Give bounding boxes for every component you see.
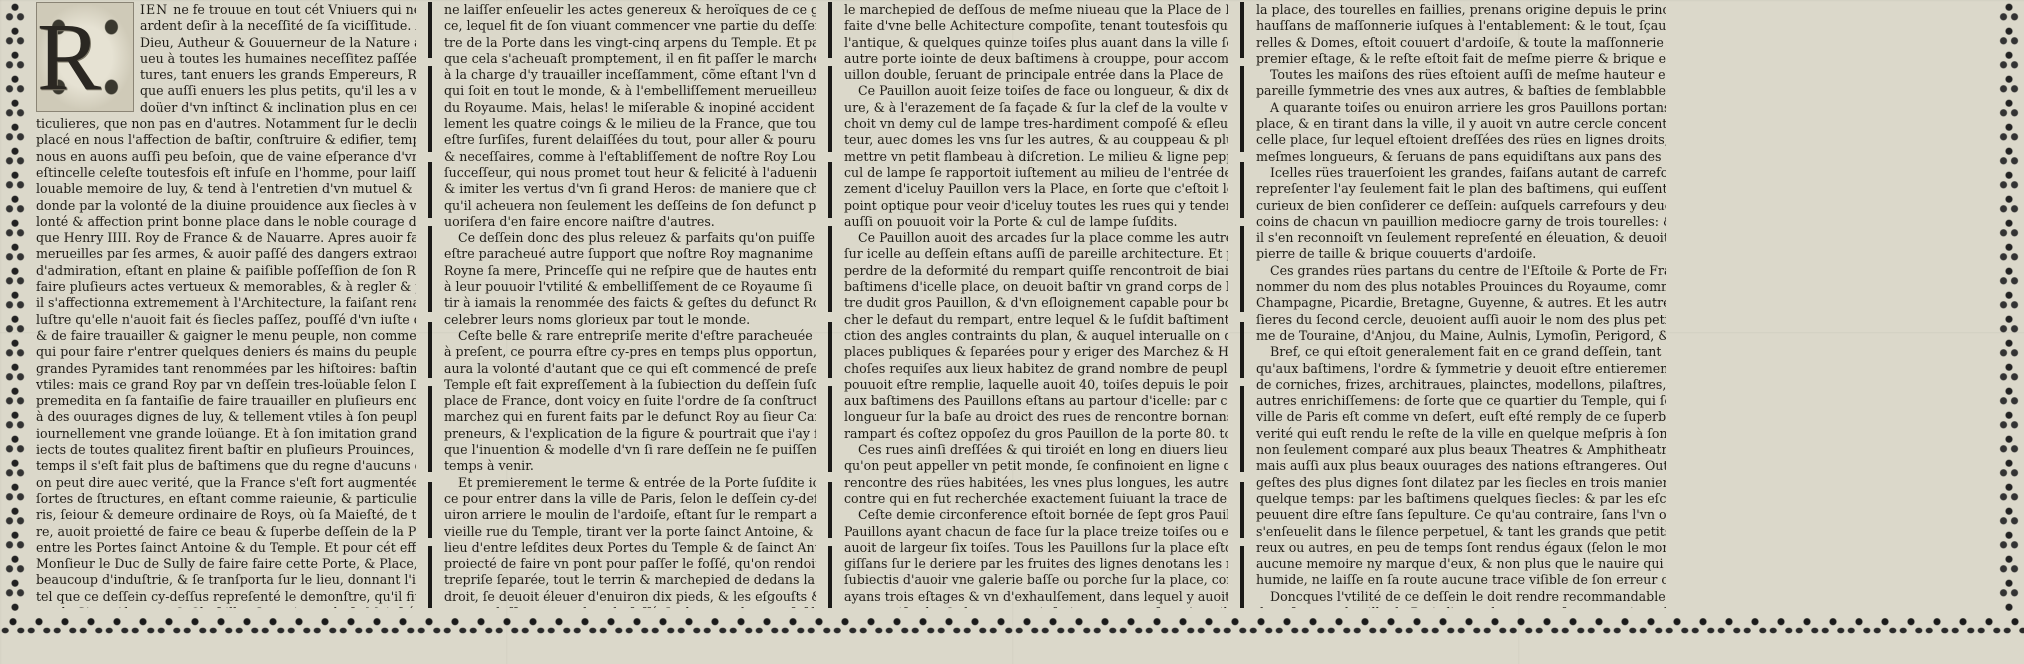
text-line: vne magiſtrale, & deux autres inferieure… [844,605,1228,608]
text-line: Ce Pauillon auoit ſeize toiſes de face o… [844,83,1228,99]
text-line: qu'il acheuera non ſeulement les deſſein… [444,198,816,214]
text-line: que l'inuention & modelle d'vn ſi rare d… [444,442,816,458]
text-line: à leur pouuoir l'vtilité & embelliſſemen… [444,279,816,295]
text-line: il s'affectionna extremement à l'Archite… [36,295,416,311]
text-line: places publiques & ſeparées pour y erige… [844,344,1228,360]
text-line: tures, tant enuers les grands Empereurs,… [140,67,416,83]
text-line: Ces grandes rües partans du centre de l'… [1256,263,1666,279]
text-line: uoriſera d'en faire encore naiſtre d'aut… [444,214,816,230]
text-line: l'antique, & quelques quinze toiſes plus… [844,35,1228,51]
text-columns: R IEN ne fe trouue en tout cét Vniuers q… [30,2,1994,608]
text-line: cul de lampe ſe rapportoit iuſtement au … [844,165,1228,181]
text-line: meſmes longueurs, & ſeruans de pans equi… [1256,149,1666,165]
text-line: eſtre ſurſiſes, furent delaiſſées du tou… [444,132,816,148]
text-line: tre de la Porte dans les vingt-cinq arpe… [444,35,816,51]
text-line: hauſſans de maſſonnerie iuſques à l'enta… [1256,18,1666,34]
text-line: beaucoup d'induſtrie, & ſe tranſporta ſu… [36,572,416,588]
text-line: vieille rue du Temple, tirant ver la por… [444,524,816,540]
text-line: zement d'iceluy Pauillon vers la Place, … [844,181,1228,197]
text-line: pierre de taille & brique couuerts d'ard… [1256,246,1666,262]
text-line: mais auſſi aux plus beaux ouurages des n… [1256,458,1666,474]
column-1: R IEN ne fe trouue en tout cét Vniuers q… [30,2,422,608]
text-line: ce, lequel fit de ſon viuant commencer v… [444,18,816,34]
text-line: baſtimens d'icelle place, on deuoit baſt… [844,279,1228,295]
text-line: ville de Paris eſt comme vn deſert, euſt… [1256,409,1666,425]
text-line: rampart és coſtez oppoſez du gros Pauill… [844,426,1228,442]
text-line: ticulieres, que non pas en d'autres. Not… [36,116,416,132]
text-line: preneurs, & l'explication de la figure &… [444,426,816,442]
text-line: relles & Domes, eſtoit couuert d'ardoiſe… [1256,35,1666,51]
text-line: perdre de la deformité du rempart quiſſe… [844,263,1228,279]
text-line: choſes requiſes aux lieux habitez de gra… [844,361,1228,377]
text-line: ction des angles contraints du plan, & a… [844,328,1228,344]
column-3: le marchepied de deſſous de meſme niueau… [838,2,1234,608]
text-line: faire pluſieurs actes vertueux & memorab… [36,279,416,295]
text-line: que Henry IIII. Roy de France & de Nauar… [36,230,416,246]
text-line: uiron arriere le moulin de l'ardoiſe, eſ… [444,507,816,523]
text-line: & de faire trauailler & gaigner le menu … [36,328,416,344]
text-line: à preſent, ce pourra eſtre cy-pres en te… [444,344,816,360]
text-line: entre les Portes ſainct Antoine & du Tem… [36,540,416,556]
column-2: ne laiſſer enſeuelir les actes genereux … [438,2,822,608]
text-line: droit, ſe deuoit éleuer d'enuiron dix pi… [444,589,816,605]
text-line: la place, des tourelles en faillies, pre… [1256,2,1666,18]
text-line: teur, auec domes les vns ſur les autres,… [844,132,1228,148]
text-line: auſſi on pouuoit voir la Porte & cul de … [844,214,1228,230]
text-line: ne laiſſer enſeuelir les actes genereux … [444,2,816,18]
text-line: ſortes de ſtructures, en eſtant comme ra… [36,491,416,507]
text-line: place, & en tirant dans la ville, il y a… [1256,116,1666,132]
text-line: me de Touraine, d'Anjou, du Maine, Aulni… [1256,328,1666,344]
text-line: peuuent dire eſtre ſans ſepulture. Ce qu… [1256,507,1666,523]
text-line: lonté & affection print bonne place dans… [36,214,416,230]
text-line: temps il s'eſt fait plus de baſtimens qu… [36,458,416,474]
text-line: & imiter les vertus d'vn ſi grand Heros:… [444,181,816,197]
text-line: humide, ne laiſſe en ſa route aucune tra… [1256,572,1666,588]
text-line: de corniches, frizes, architraues, plain… [1256,377,1666,393]
text-line: ayans trois eſtages & vn d'exhaulſement,… [844,589,1228,605]
text-line: proiecté de faire vn pont pour paſſer le… [444,556,816,572]
text-line: coins de chacun vn pauillion mediocre ga… [1256,214,1666,230]
column-rule [828,2,832,608]
text-line: ſubiectis d'auoir vne galerie baſſe ou p… [844,572,1228,588]
text-line: ter par deſſous terre dans le foſſé. La … [444,605,816,608]
text-line: re, auoit proietté de faire ce beau & ſu… [36,524,416,540]
text-line: quelque temps: par les baſtimens quelque… [1256,491,1666,507]
text-line: temps à venir. [444,458,816,474]
text-line: iects de toutes qualitez firent baſtir e… [36,442,416,458]
text-line: rencontre des rües habitées, les vnes pl… [844,475,1228,491]
text-line: IEN ne fe trouue en tout cét Vniuers qui… [140,2,416,18]
text-line: celle place, ſur lequel eſtoient dreſſée… [1256,132,1666,148]
text-line: d'admiration, eſtant en plaine & paiſibl… [36,263,416,279]
text-line: aura la volonté d'autant que ce qui eſt … [444,361,816,377]
column-4: la place, des tourelles en faillies, pre… [1250,2,1672,608]
text-line: Doncques l'vtilité de ce deſſein le doit… [1256,589,1666,605]
text-line: contre qui en fut recherchée exactement … [844,491,1228,507]
opening-word: IEN [140,2,173,17]
ornamental-border-bottom [0,614,2024,636]
text-line: longueur ſur la baſe au droict des rues … [844,409,1228,425]
text-line: Icelles rües trauerſoient les grandes, f… [1256,165,1666,181]
dropcap-letter: R [37,7,133,107]
text-line: ſieres du ſecond cercle, deuoient auſſi … [1256,312,1666,328]
broadside-sheet: R IEN ne fe trouue en tout cét Vniuers q… [0,0,2024,664]
ornamental-border-left [4,0,26,612]
text-line: lieu d'entre leſdites deux Portes du Tem… [444,540,816,556]
text-line: par le Sieur Aleaume & Chaſtillon Ingeni… [36,605,416,608]
text-line: celebrer leurs noms glorieux par tout le… [444,312,816,328]
text-line: s'enſeuelit dans le ſilence perpetuel, &… [1256,524,1666,540]
text-line: à des ouurages dignes de luy, & tellemen… [36,409,416,425]
text-line: à la charge d'y trauailler inceſſamment,… [444,67,816,83]
text-line: de ceſte grande ville de Paris l'attend,… [1256,605,1666,608]
text-line: auoit de largeur ſix toiſes. Tous les Pa… [844,540,1228,556]
text-line: non ſeulement comparé aux plus beaux The… [1256,442,1666,458]
text-line: Pauillons ayant chacun de face ſur la pl… [844,524,1228,540]
text-line: on peut dire auec verité, que la France … [36,475,416,491]
text-line: Royne ſa mere, Princeſſe qui ne reſpire … [444,263,816,279]
text-line: eſtincelle celeſte toutesfois eſt infuſe… [36,165,416,181]
text-line: grandes Pyramides tant renommées par les… [36,361,416,377]
text-line: aux baſtimens des Pauillons eſtans au pa… [844,393,1228,409]
text-line: Ces rues ainſi dreſſées & qui tiroiét en… [844,442,1228,458]
text-line: du Royaume. Mais, helas! le miſerable & … [444,100,816,116]
text-line: Et premierement le terme & entrée de la … [444,475,816,491]
text-line: point optique pour veoir d'iceluy toutes… [844,198,1228,214]
column-rule [428,2,432,608]
text-line: curieux de bien conſiderer ce deſſein: a… [1256,198,1666,214]
text-line: marchez qui en furent faits par le defun… [444,409,816,425]
text-line: nous en auons auſſi peu beſoin, que de v… [36,149,416,165]
text-line: tir à iamais la renommée des faicts & ge… [444,295,816,311]
text-line: pareille ſymmetrie des vnes aux autres, … [1256,83,1666,99]
text-line: iournellement vne grande loüange. Et à ſ… [36,426,416,442]
text-line: ueu à toutes les humaines neceſſitez paſ… [140,51,416,67]
text-line: luſtre qu'elle n'auoit fait és ſiecles p… [36,312,416,328]
text-line: louable memoire de luy, & tend à l'entre… [36,181,416,197]
text-line: tel que ce deſſein cy-deſſus repreſenté … [36,589,416,605]
text-line: eſtre paracheué autre ſupport que noſtre… [444,246,816,262]
text-line: premedita en ſa fantaiſie de faire traua… [36,393,416,409]
text-line: merueilles par ſes armes, & auoir paſſé … [36,246,416,262]
text-line: Ceſte belle & rare entrepriſe merite d'e… [444,328,816,344]
text-line: Monſieur le Duc de Sully de faire faire … [36,556,416,572]
text-line: ce pour entrer dans la ville de Paris, ſ… [444,491,816,507]
text-line: aucune memoire ny marque d'eux, & non pl… [1256,556,1666,572]
text-line: tre dudit gros Pauillon, & d'vn eſloigne… [844,295,1228,311]
text-line: Dieu, Autheur & Gouuerneur de la Nature … [140,35,416,51]
text-line: pouuoit eſtre remplie, laquelle auoit 40… [844,377,1228,393]
text-line: donde par la volonté de la diuine prouid… [36,198,416,214]
text-line: reux ou autres, en peu de temps ſont ren… [1256,540,1666,556]
text-line: Champagne, Picardie, Bretagne, Guyenne, … [1256,295,1666,311]
text-line: place de France, dont voicy en ſuite l'o… [444,393,816,409]
text-line: autres enrichiſſemens: de ſorte que ce q… [1256,393,1666,409]
text-line: qui ſoit en tout le monde, & à l'embelli… [444,83,816,99]
text-line: Ce deſſein donc des plus releuez & parfa… [444,230,816,246]
text-line: ardent deſir à la neceſſité de ſa viciſſ… [140,18,416,34]
text-line: ſur icelle au deſſein eſtans auſſi de pa… [844,246,1228,262]
ornamental-border-right [1998,0,2020,612]
text-line: placé en nous l'affection de baſtir, con… [36,132,416,148]
text-line: repreſenter l'ay ſeulement fait le plan … [1256,181,1666,197]
text-line: ure, & à l'erazement de ſa façade & ſur … [844,100,1228,116]
text-line: nommer du nom des plus notables Prouince… [1256,279,1666,295]
text-line: verité qui euſt rendu le reſte de la vil… [1256,426,1666,442]
text-line: trepriſe ſeparée, tout le terrin & march… [444,572,816,588]
decorated-initial: R [36,2,134,112]
text-line: A quarante toiſes ou enuiron arriere les… [1256,100,1666,116]
text-line: faite d'vne belle Achitecture compoſite,… [844,18,1228,34]
text-line: Ceſte demie circonference eſtoit bornée … [844,507,1228,523]
text-line: que cela s'acheuaſt promptement, il en f… [444,51,816,67]
text-line: premier eſtage, & le reſte eſtoit fait d… [1256,51,1666,67]
text-line: qu'on peut appeller vn petit monde, ſe c… [844,458,1228,474]
text-line: qu'aux baſtimens, l'ordre & ſymmetrie y … [1256,361,1666,377]
text-line: ris, ſeiour & demeure ordinaire de Roys,… [36,507,416,523]
text-line: il s'en reconnoiſt vn ſeulement repreſen… [1256,230,1666,246]
text-line: doüer d'vn inſtinct & inclination plus e… [140,100,416,116]
column-rule [1240,2,1244,608]
text-line: & neceſſaires, comme à l'eſtabliſſement … [444,149,816,165]
text-line: mettre vn petit flambeau à diſcretion. L… [844,149,1228,165]
text-line: Bref, ce qui eſtoit generalement fait en… [1256,344,1666,360]
text-line: Ce Pauillon auoit des arcades ſur la pla… [844,230,1228,246]
text-line: Toutes les maiſons des rües eſtoient auſ… [1256,67,1666,83]
text-line: qui pour faire r'entrer quelques deniers… [36,344,416,360]
text-line: cher le defaut du rempart, entre lequel … [844,312,1228,328]
text-line: uillon double, ſeruant de principale ent… [844,67,1228,83]
text-line: autre porte iointe de deux baſtimens à c… [844,51,1228,67]
text-line: ſucceſſeur, qui nous promet tout heur & … [444,165,816,181]
text-line: giſſans ſur le deriere par les fruites d… [844,556,1228,572]
text-line: que auſſi enuers les plus petits, qu'il … [140,83,416,99]
text-line: geſtes des plus dignes ſont dilatez par … [1256,475,1666,491]
text-line: le marchepied de deſſous de meſme niueau… [844,2,1228,18]
text-line: choit vn demy cul de lampe tres-hardimen… [844,116,1228,132]
text-line: vtiles: mais ce grand Roy par vn deſſein… [36,377,416,393]
text-line: Temple eſt fait expreſſement à la ſubiec… [444,377,816,393]
text-line: lement les quatre coings & le milieu de … [444,116,816,132]
